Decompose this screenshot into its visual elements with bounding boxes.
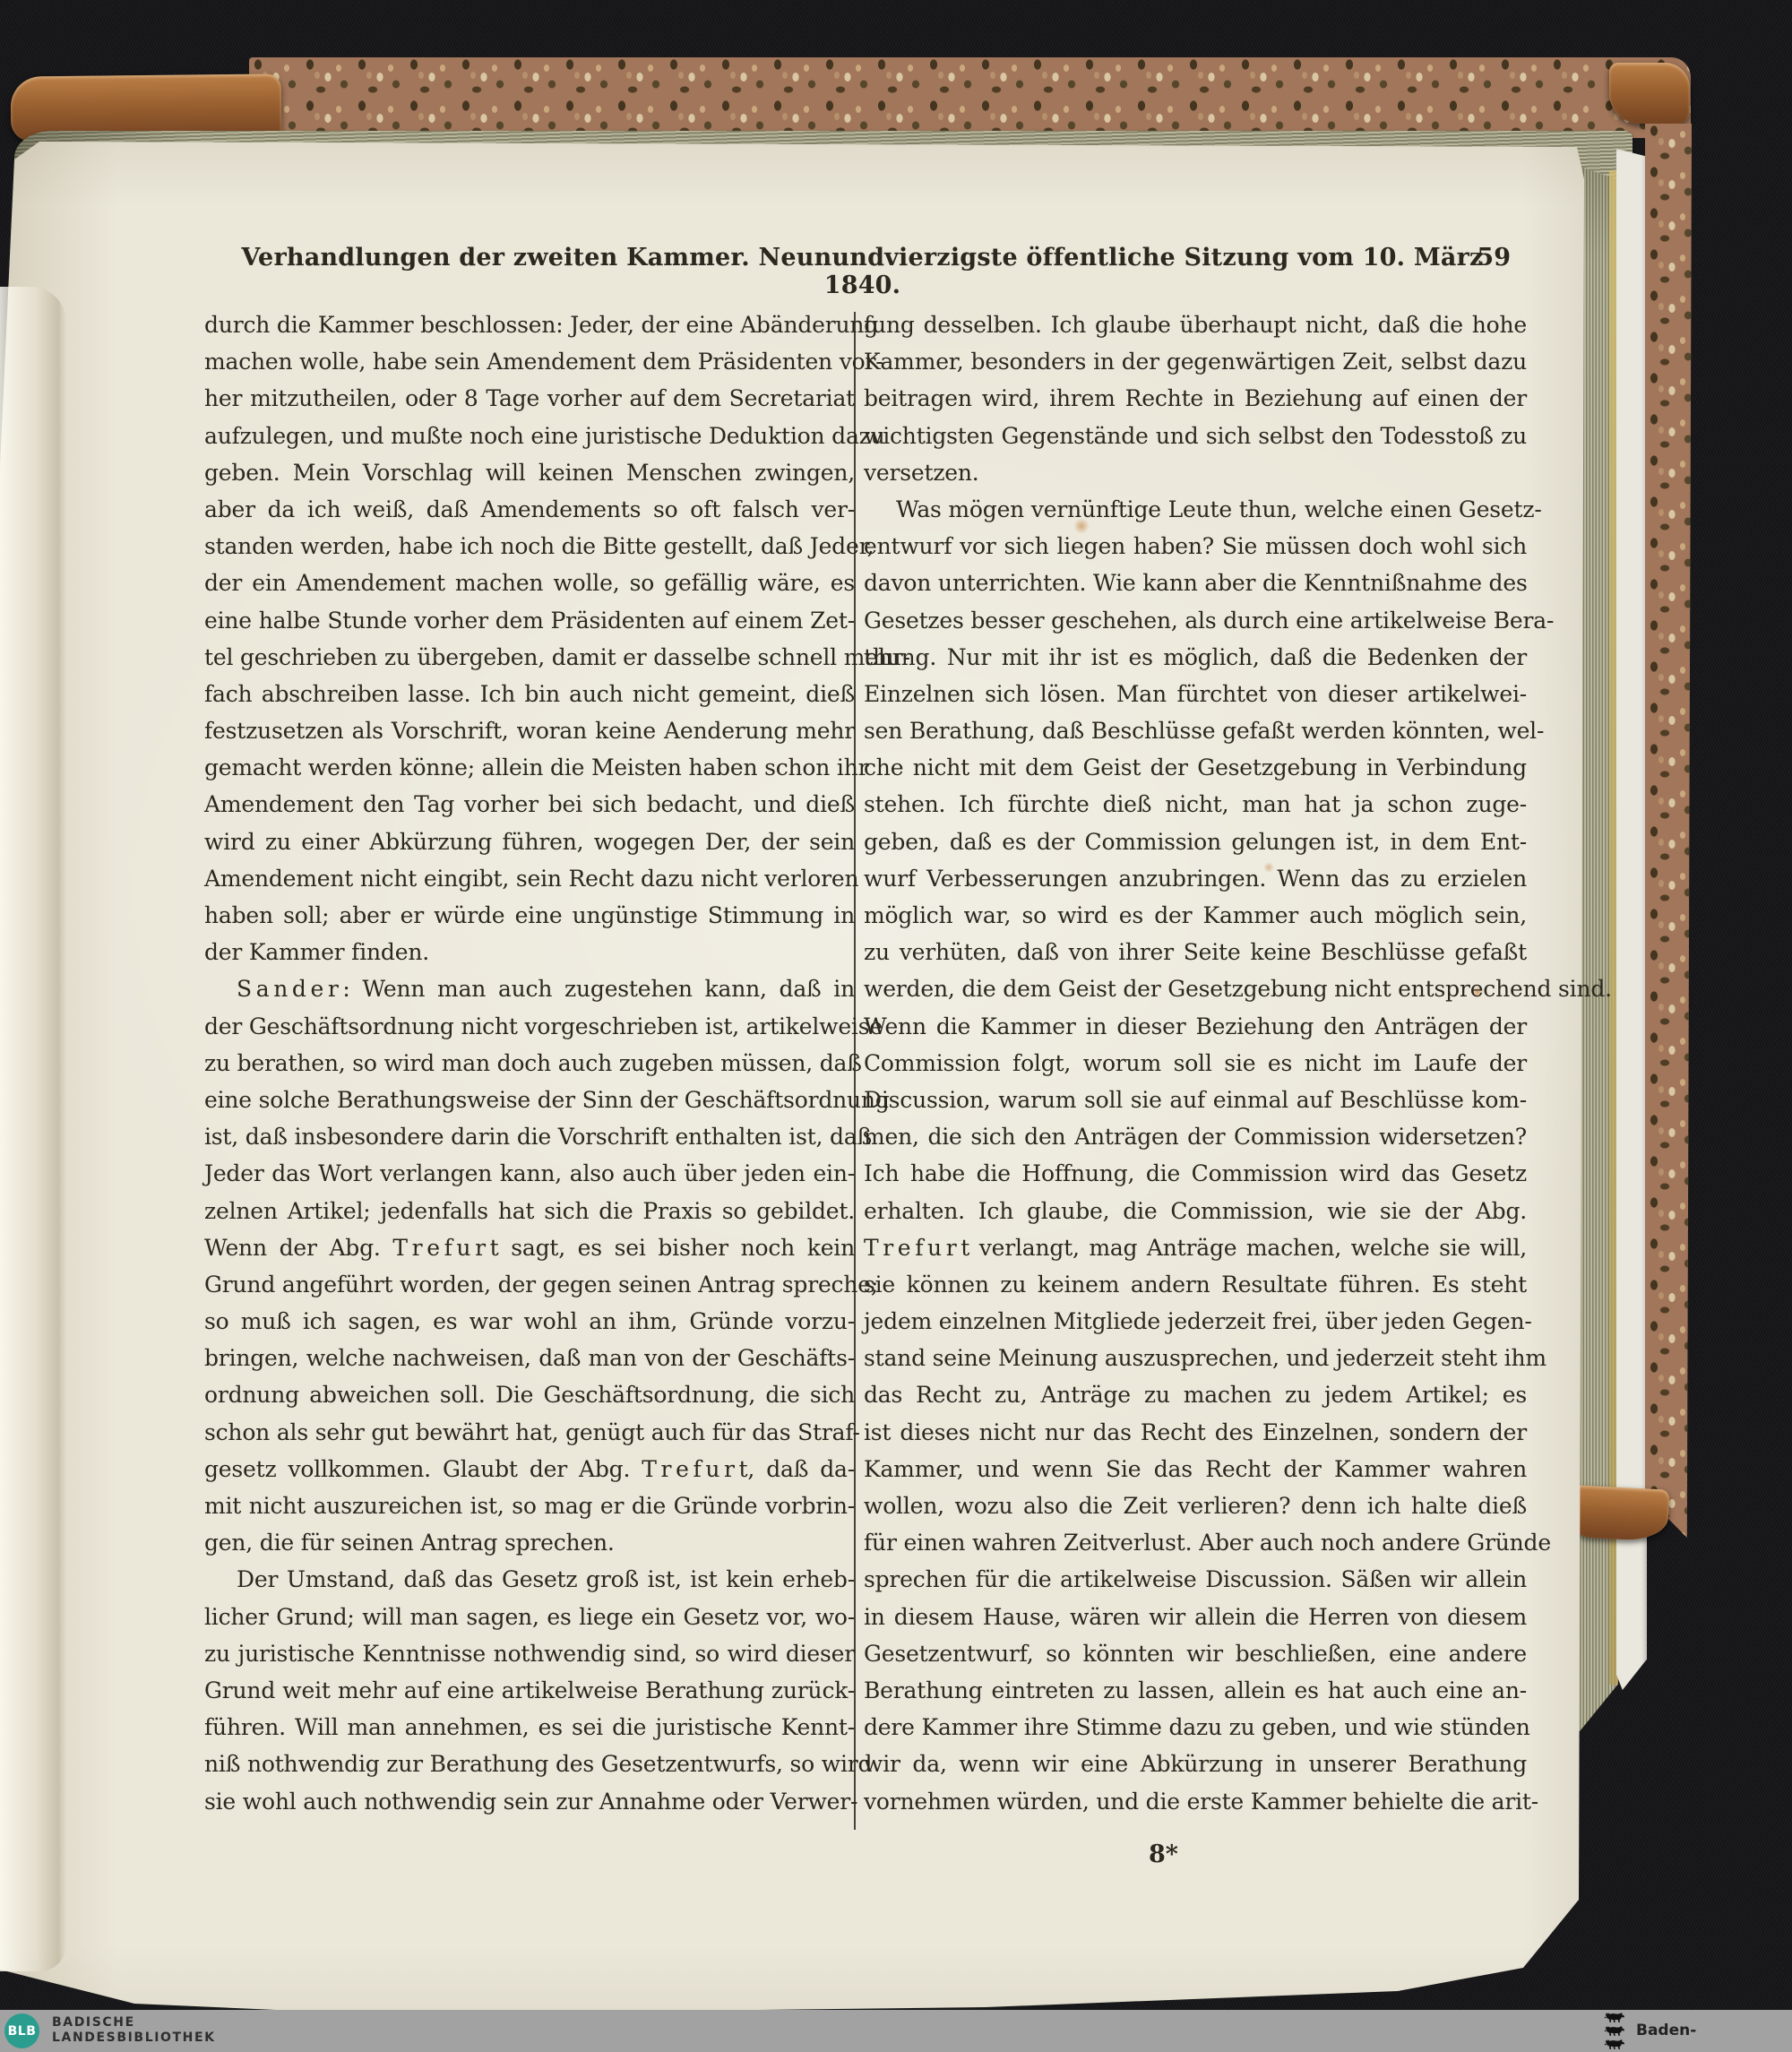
- blb-logo-text: BLB: [8, 2024, 37, 2039]
- text-line: Was mögen vernünftige Leute thun, welche…: [864, 491, 1527, 528]
- text-line: der ein Amendement machen wolle, so gefä…: [204, 565, 855, 601]
- text-line: geben, daß es der Commission gelungen is…: [864, 823, 1527, 860]
- text-line: fach abschreiben lasse. Ich bin auch nic…: [204, 676, 855, 712]
- text-column-right: fung desselben. Ich glaube überhaupt nic…: [864, 306, 1527, 1820]
- text-line: gemacht werden könne; allein die Meisten…: [204, 749, 855, 786]
- text-line: davon unterrichten. Wie kann aber die Ke…: [864, 565, 1527, 601]
- text-line: machen wolle, habe sein Amendement dem P…: [204, 343, 855, 380]
- text-line: gen, die für seinen Antrag sprechen.: [204, 1524, 855, 1561]
- text-line: wurf Verbesserungen anzubringen. Wenn da…: [864, 860, 1527, 897]
- text-line: schon als sehr gut bewährt hat, genügt a…: [204, 1414, 855, 1451]
- text-line: Gesetzes besser geschehen, als durch ein…: [864, 602, 1527, 639]
- text-line: geben. Mein Vorschlag will keinen Mensch…: [204, 454, 855, 491]
- text-line: Gesetzentwurf, so könnten wir beschließe…: [864, 1635, 1527, 1672]
- text-line: fung desselben. Ich glaube überhaupt nic…: [864, 306, 1527, 343]
- text-line: che nicht mit dem Geist der Gesetzgebung…: [864, 749, 1527, 786]
- text-line: Ich habe die Hoffnung, die Commission wi…: [864, 1155, 1527, 1192]
- text-line: sen Berathung, daß Beschlüsse gefaßt wer…: [864, 712, 1527, 749]
- text-line: erhalten. Ich glaube, die Commission, wi…: [864, 1193, 1527, 1229]
- text-line: zu berathen, so wird man doch auch zugeb…: [204, 1045, 855, 1082]
- library-footer-bar: BLB BADISCHE LANDESBIBLIOTHEK Baden-Würt…: [0, 2010, 1792, 2052]
- text-line: Wenn die Kammer in dieser Beziehung den …: [864, 1008, 1527, 1045]
- page-gutter-curl: [0, 287, 66, 1971]
- signature-mark: 8*: [1149, 1841, 1178, 1868]
- column-divider-rule: [854, 312, 856, 1830]
- text-line: der Kammer finden.: [204, 934, 855, 970]
- lion-icon: [1602, 2025, 1627, 2037]
- state-label: Baden-Württemberg: [1636, 2010, 1792, 2052]
- text-line: zelnen Artikel; jedenfalls hat sich die …: [204, 1193, 855, 1229]
- lion-icon: [1602, 2012, 1627, 2023]
- text-line: thung. Nur mit ihr ist es möglich, daß d…: [864, 639, 1527, 676]
- text-line: Amendement den Tag vorher bei sich bedac…: [204, 786, 855, 823]
- library-name-line2: LANDESBIBLIOTHEK: [52, 2030, 216, 2046]
- text-line: sie können zu keinem andern Resultate fü…: [864, 1266, 1527, 1303]
- text-line: S a n d e r : Wenn man auch zugestehen k…: [204, 970, 855, 1007]
- text-line: Kammer, und wenn Sie das Recht der Kamme…: [864, 1451, 1527, 1487]
- leather-corner-top-right: [1609, 63, 1690, 124]
- marbled-cover-top-edge: [249, 57, 1691, 138]
- next-page-edge: [1616, 149, 1647, 1690]
- text-line: Grund angeführt worden, der gegen seinen…: [204, 1266, 855, 1303]
- text-line: führen. Will man annehmen, es sei die ju…: [204, 1709, 855, 1746]
- text-line: entwurf vor sich liegen haben? Sie müsse…: [864, 528, 1527, 565]
- text-line: der Geschäftsordnung nicht vorgeschriebe…: [204, 1008, 855, 1045]
- text-line: eine solche Berathungsweise der Sinn der…: [204, 1082, 855, 1118]
- text-line: Wenn der Abg. T r e f u r t sagt, es sei…: [204, 1229, 855, 1266]
- text-line: her mitzutheilen, oder 8 Tage vorher auf…: [204, 380, 855, 417]
- text-line: beitragen wird, ihrem Rechte in Beziehun…: [864, 380, 1527, 417]
- text-line: Commission folgt, worum soll sie es nich…: [864, 1045, 1527, 1082]
- text-line: das Recht zu, Anträge zu machen zu jedem…: [864, 1376, 1527, 1413]
- text-line: Discussion, warum soll sie auf einmal au…: [864, 1082, 1527, 1118]
- page-title: Verhandlungen der zweiten Kammer. Neunun…: [202, 244, 1523, 299]
- text-line: möglich war, so wird es der Kammer auch …: [864, 897, 1527, 934]
- text-line: durch die Kammer beschlossen: Jeder, der…: [204, 306, 855, 343]
- lion-icon: [1602, 2039, 1627, 2050]
- text-column-left: durch die Kammer beschlossen: Jeder, der…: [204, 306, 855, 1820]
- marbled-cover-right-edge: [1645, 124, 1692, 1538]
- text-line: standen werden, habe ich noch die Bitte …: [204, 528, 855, 565]
- text-line: T r e f u r t verlangt, mag Anträge mach…: [864, 1229, 1527, 1266]
- text-line: gesetz vollkommen. Glaubt der Abg. T r e…: [204, 1451, 855, 1487]
- text-line: zu juristische Kenntnisse nothwendig sin…: [204, 1635, 855, 1672]
- text-line: stand seine Meinung auszusprechen, und j…: [864, 1340, 1527, 1376]
- page-number: 59: [1477, 244, 1511, 272]
- text-line: in diesem Hause, wären wir allein die He…: [864, 1599, 1527, 1635]
- text-line: Jeder das Wort verlangen kann, also auch…: [204, 1155, 855, 1192]
- text-line: Einzelnen sich lösen. Man fürchtet von d…: [864, 676, 1527, 712]
- text-line: haben soll; aber er würde eine ungünstig…: [204, 897, 855, 934]
- text-line: stehen. Ich fürchte dieß nicht, man hat …: [864, 786, 1527, 823]
- text-line: werden, die dem Geist der Gesetzgebung n…: [864, 970, 1527, 1007]
- text-line: men, die sich den Anträgen der Commissio…: [864, 1118, 1527, 1155]
- text-line: sprechen für die artikelweise Discussion…: [864, 1561, 1527, 1598]
- text-line: tel geschrieben zu übergeben, damit er d…: [204, 639, 855, 676]
- running-header: Verhandlungen der zweiten Kammer. Neunun…: [202, 244, 1523, 281]
- text-line: aber da ich weiß, daß Amendements so oft…: [204, 491, 855, 528]
- scan-background: Verhandlungen der zweiten Kammer. Neunun…: [0, 0, 1792, 2052]
- library-name: BADISCHE LANDESBIBLIOTHEK: [52, 2015, 216, 2046]
- text-line: licher Grund; will man sagen, es liege e…: [204, 1599, 855, 1635]
- text-line: vornehmen würden, und die erste Kammer b…: [864, 1783, 1527, 1820]
- text-line: ist, daß insbesondere darin die Vorschri…: [204, 1118, 855, 1155]
- text-line: mit nicht auszureichen ist, so mag er di…: [204, 1487, 855, 1524]
- text-line: bringen, welche nachweisen, daß man von …: [204, 1340, 855, 1376]
- text-line: Kammer, besonders in der gegenwärtigen Z…: [864, 343, 1527, 380]
- text-line: wichtigsten Gegenstände und sich selbst …: [864, 418, 1527, 454]
- text-line: sie wohl auch nothwendig sein zur Annahm…: [204, 1783, 855, 1820]
- text-line: dere Kammer ihre Stimme dazu zu geben, u…: [864, 1709, 1527, 1746]
- text-line: Der Umstand, daß das Gesetz groß ist, is…: [204, 1561, 855, 1598]
- text-line: wird zu einer Abkürzung führen, wogegen …: [204, 823, 855, 860]
- text-line: aufzulegen, und mußte noch eine juristis…: [204, 418, 855, 454]
- text-line: so muß ich sagen, es war wohl an ihm, Gr…: [204, 1303, 855, 1340]
- text-line: ist dieses nicht nur das Recht des Einze…: [864, 1414, 1527, 1451]
- text-line: für einen wahren Zeitverlust. Aber auch …: [864, 1524, 1527, 1561]
- text-line: Amendement nicht eingibt, sein Recht daz…: [204, 860, 855, 897]
- text-line: eine halbe Stunde vorher dem Präsidenten…: [204, 602, 855, 639]
- text-line: versetzen.: [864, 454, 1527, 491]
- library-name-line1: BADISCHE: [52, 2015, 216, 2030]
- text-line: zu verhüten, daß von ihrer Seite keine B…: [864, 934, 1527, 970]
- text-line: festzusetzen als Vorschrift, woran keine…: [204, 712, 855, 749]
- text-line: jedem einzelnen Mitgliede jederzeit frei…: [864, 1303, 1527, 1340]
- text-line: Berathung eintreten zu lassen, allein es…: [864, 1672, 1527, 1709]
- text-line: niß nothwendig zur Berathung des Gesetze…: [204, 1746, 855, 1782]
- blb-logo-icon: BLB: [4, 2013, 39, 2048]
- leather-corner-bottom-right: [1572, 1485, 1670, 1541]
- text-line: ordnung abweichen soll. Die Geschäftsord…: [204, 1376, 855, 1413]
- text-line: wollen, wozu also die Zeit verlieren? de…: [864, 1487, 1527, 1524]
- text-line: Grund weit mehr auf eine artikelweise Be…: [204, 1672, 855, 1709]
- baden-wuerttemberg-coat-of-arms-icon: [1602, 2012, 1627, 2050]
- text-line: wir da, wenn wir eine Abkürzung in unser…: [864, 1746, 1527, 1782]
